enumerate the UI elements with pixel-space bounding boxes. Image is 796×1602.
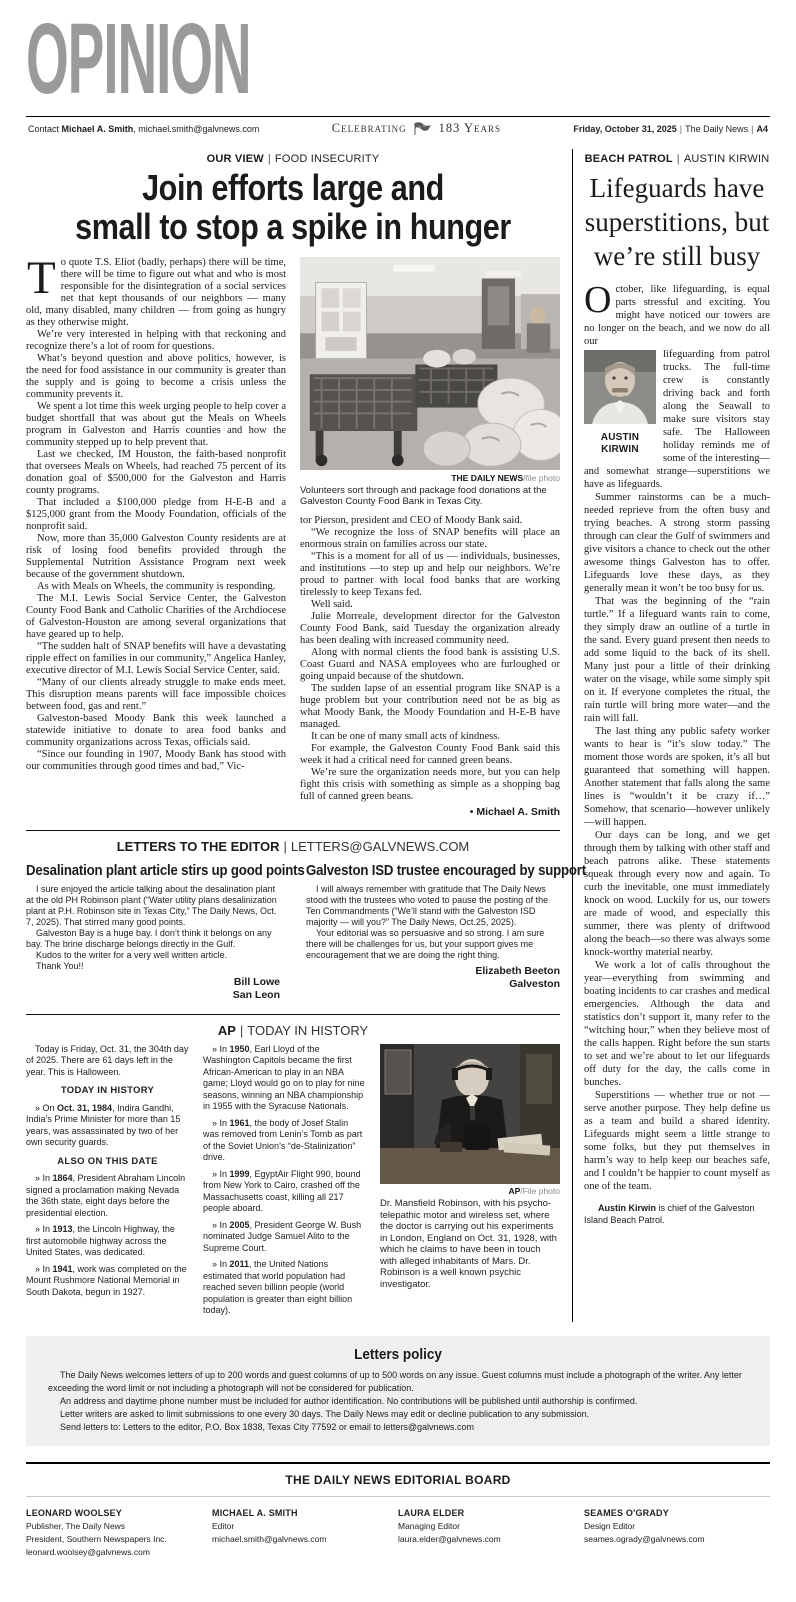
paragraph: That was the beginning of the “rain turt… [584,595,770,725]
item-year: 1913 [53,1224,73,1234]
credit-type: /file photo [523,473,560,483]
paragraph: I will always remember with gratitude th… [306,884,560,928]
history-item: » In 2011, the United Nations estimated … [203,1259,366,1317]
letter-signature: Bill LoweSan Leon [26,976,280,1002]
member-name: LAURA ELDER [398,1507,584,1520]
letters-heading: LETTERS TO THE EDITOR|LETTERS@GALVNEWS.C… [26,839,560,854]
paragraph: Galveston Bay is a huge bay. I don’t thi… [26,928,280,950]
policy-line: Send letters to: Letters to the editor, … [48,1421,748,1434]
paragraph: Kudos to the writer for a very well writ… [26,950,280,961]
page-title: OPINION [26,18,435,106]
member-role: Editor [212,1520,398,1533]
member-email: michael.smith@galvnews.com [212,1533,398,1546]
signer-name: Elizabeth Beeton [475,965,560,977]
member-email: seames.ogrady@galvnews.com [584,1533,770,1546]
item-pre: » In [212,1169,230,1179]
paragraph: We work a lot of calls throughout the ye… [584,959,770,1089]
contact-name: Michael A. Smith [62,124,134,134]
article-column-2: THE DAILY NEWS/file photo Volunteers sor… [300,257,560,818]
our-view-kicker: OUR VIEW|FOOD INSECURITY [26,153,560,165]
member-email: laura.elder@galvnews.com [398,1533,584,1546]
item-year: 1950 [230,1044,250,1054]
member-role: Design Editor [584,1520,770,1533]
article-byline: • Michael A. Smith [300,806,560,818]
our-view-article: OUR VIEW|FOOD INSECURITY Join efforts la… [26,153,560,818]
masthead-bar: Contact Michael A. Smith, michael.smith@… [26,116,770,141]
credit-source: THE DAILY NEWS [451,473,523,483]
divider: | [236,1023,247,1038]
item-year: 2005 [230,1220,250,1230]
foodbank-figure: THE DAILY NEWS/file photo Volunteers sor… [300,257,560,508]
editorial-board: THE DAILY NEWS EDITORIAL BOARD LEONARD W… [26,1462,770,1585]
history-subhead: TODAY IN HISTORY [26,1085,189,1097]
item-year: 1999 [230,1169,250,1179]
letters-section: LETTERS TO THE EDITOR|LETTERS@GALVNEWS.C… [26,839,560,1002]
paragraph: “Many of our clients already struggle to… [26,677,286,713]
member-role: Managing Editor [398,1520,584,1533]
paragraph: “Since our founding in 1907, Moody Bank … [26,749,286,773]
history-item: » On Oct. 31, 1984, Indira Gandhi, India… [26,1103,189,1149]
paragraph: “We recognize the loss of SNAP benefits … [300,527,560,551]
main-column: OUR VIEW|FOOD INSECURITY Join efforts la… [26,149,572,1322]
issue-date: Friday, October 31, 2025 [573,124,676,134]
letters-policy-box: Letters policy The Daily News welcomes l… [26,1336,770,1446]
paragraph: Galveston-based Moody Bank this week lau… [26,713,286,749]
opinion-page: OPINION Contact Michael A. Smith, michae… [0,0,796,1585]
tagline-name: Austin Kirwin [598,1203,656,1213]
paragraph: Your editorial was so persuasive and so … [306,928,560,961]
history-item: » In 1999, EgyptAir Flight 990, bound fr… [203,1169,366,1215]
member-name: SEAMES O'GRADY [584,1507,770,1520]
paragraph: For example, the Galveston County Food B… [300,743,560,767]
paragraph: Last we checked, IM Houston, the faith-b… [26,449,286,497]
board-member-smith: MICHAEL A. SMITH Editor michael.smith@ga… [212,1507,398,1559]
paragraph: tor Pierson, president and CEO of Moody … [300,515,560,527]
item-pre: » In [35,1224,53,1234]
paragraph: To quote T.S. Eliot (badly, perhaps) the… [26,257,286,329]
paragraph: “This is a moment for all of us — indivi… [300,551,560,599]
divider: | [264,153,275,165]
austin-kirwin-photo [584,350,656,424]
paragraph: Along with normal clients the food bank … [300,647,560,683]
item-year: 1961 [230,1118,250,1128]
signer-name: Bill Lowe [234,976,280,988]
signer-place: San Leon [233,989,280,1001]
signer-place: Galveston [509,978,560,990]
item-year: 1941 [53,1264,73,1274]
item-date: Oct. 31, 1984 [57,1103,112,1113]
letter-desalination: Desalination plant article stirs up good… [26,858,280,1002]
paragraph: “The sudden halt of SNAP benefits will h… [26,641,286,677]
paragraph-text: o quote T.S. Eliot (badly, perhaps) ther… [26,257,286,328]
policy-line: The Daily News welcomes letters of up to… [48,1369,748,1395]
member-name: LEONARD WOOLSEY [26,1507,212,1520]
board-member-ogrady: SEAMES O'GRADY Design Editor seames.ogra… [584,1507,770,1559]
policy-line: An address and daytime phone number must… [48,1395,748,1408]
member-role: President, Southern Newspapers Inc. [26,1533,212,1546]
paragraph: Our days can be long, and we get through… [584,829,770,959]
item-pre: » In [35,1173,53,1183]
paragraph: The M.I. Lewis Social Service Center, th… [26,593,286,641]
beach-patrol-column: BEACH PATROL|AUSTIN KIRWIN Lifeguards ha… [572,149,770,1322]
history-intro: Today is Friday, Oct. 31, the 304th day … [26,1044,189,1079]
paper-name: The Daily News [685,124,748,134]
history-column-2: » In 1950, Earl Lloyd of the Washington … [203,1044,366,1322]
history-column-1: Today is Friday, Oct. 31, the 304th day … [26,1044,189,1322]
paragraph: We’re sure the organization needs more, … [300,767,560,803]
section-divider [26,830,560,831]
item-year: 2011 [230,1259,250,1269]
letter-signature: Elizabeth BeetonGalveston [306,965,560,991]
contact-email: , michael.smith@galvnews.com [133,124,259,134]
drop-cap: O [584,283,615,315]
kicker-topic: FOOD INSECURITY [275,153,379,165]
history-item: » In 1913, the Lincoln Highway, the firs… [26,1224,189,1259]
ap-topic: TODAY IN HISTORY [247,1023,368,1038]
author-tagline: Austin Kirwin is chief of the Galveston … [584,1203,770,1226]
column-headline: Lifeguards have superstitions, but we’re… [584,171,770,273]
paragraph: Summer rainstorms can be a much-needed r… [584,491,770,595]
years-label: 183 Years [439,121,501,136]
item-pre: » On [35,1103,57,1113]
flag-icon [413,122,433,135]
celebrating-banner: Celebrating 183 Years [332,121,501,136]
item-pre: » In [35,1264,53,1274]
paragraph: The last thing any public safety worker … [584,725,770,829]
kicker-author: AUSTIN KIRWIN [684,153,770,165]
headline-line2: small to stop a spike in hunger [75,206,511,247]
masthead: OPINION Contact Michael A. Smith, michae… [26,0,770,141]
item-pre: » In [212,1118,230,1128]
dateline: Friday, October 31, 2025|The Daily News|… [573,124,768,134]
letter-title: Desalination plant article stirs up good… [26,862,250,879]
paragraph: As with Meals on Wheels, the community i… [26,581,286,593]
divider: | [677,124,685,134]
paragraph: Julie Morreale, development director for… [300,611,560,647]
author-figure: AUSTIN KIRWIN [584,350,656,456]
history-photo-column: AP/File photo Dr. Mansfield Robinson, wi… [380,1044,560,1322]
paragraph: That included a $100,000 pledge from H-E… [26,497,286,533]
item-pre: » In [212,1220,230,1230]
letters-heading-label: LETTERS TO THE EDITOR [117,839,280,854]
paragraph: What’s beyond question and above politic… [26,353,286,401]
history-item: » In 1864, President Abraham Lincoln sig… [26,1173,189,1219]
paragraph: It can be one of many small acts of kind… [300,731,560,743]
divider: | [673,153,684,165]
letters-email: LETTERS@GALVNEWS.COM [291,839,469,854]
photo-caption: Volunteers sort through and package food… [300,485,560,508]
member-email: leonard.woolsey@galvnews.com [26,1546,212,1559]
board-divider [26,1496,770,1497]
divider: | [280,839,291,854]
contact-line: Contact Michael A. Smith, michael.smith@… [28,124,259,134]
photo-caption: Dr. Mansfield Robinson, with his psycho-… [380,1198,560,1290]
item-pre: » In [212,1259,230,1269]
paragraph: October, like lifeguarding, is equal par… [584,283,770,348]
policy-line: Letter writers are asked to limit submis… [48,1408,748,1421]
paragraph: Superstitions — whether true or not — se… [584,1089,770,1193]
photo-credit: AP/File photo [380,1186,560,1198]
item-year: 1864 [53,1173,73,1183]
board-member-woolsey: LEONARD WOOLSEY Publisher, The Daily New… [26,1507,212,1559]
history-item: » In 1950, Earl Lloyd of the Washington … [203,1044,366,1113]
today-in-history-section: AP|TODAY IN HISTORY Today is Friday, Oct… [26,1023,560,1322]
ap-heading: AP|TODAY IN HISTORY [26,1023,560,1038]
member-role: Publisher, The Daily News [26,1520,212,1533]
contact-label: Contact [28,124,62,134]
letter-title: Galveston ISD trustee encouraged by supp… [306,862,530,879]
member-name: MICHAEL A. SMITH [212,1507,398,1520]
history-item: » In 1961, the body of Josef Stalin was … [203,1118,366,1164]
history-item: » In 2005, President George W. Bush nomi… [203,1220,366,1255]
foodbank-photo [300,257,560,470]
paragraph: Well said. [300,599,560,611]
history-subhead: ALSO ON THIS DATE [26,1156,189,1168]
paragraph: I sure enjoyed the article talking about… [26,884,280,928]
paragraph: We spent a lot time this week urging peo… [26,401,286,449]
letter-gisd: Galveston ISD trustee encouraged by supp… [306,858,560,1002]
page-number: A4 [756,124,768,134]
kicker-label: BEACH PATROL [585,153,673,165]
drop-cap: T [26,257,61,296]
beach-patrol-kicker: BEACH PATROL|AUSTIN KIRWIN [584,153,770,165]
credit-type: /File photo [520,1186,560,1196]
article-column-1: To quote T.S. Eliot (badly, perhaps) the… [26,257,286,818]
paragraph: Thank You!! [26,961,280,972]
policy-title: Letters policy [83,1346,713,1363]
section-divider [26,1014,560,1015]
board-member-elder: LAURA ELDER Managing Editor laura.elder@… [398,1507,584,1559]
headline-line1: Join efforts large and [142,167,444,208]
board-heading: THE DAILY NEWS EDITORIAL BOARD [26,1473,770,1487]
kicker-label: OUR VIEW [207,153,264,165]
paragraph: Now, more than 35,000 Galveston County r… [26,533,286,581]
history-item: » In 1941, work was completed on the Mou… [26,1264,189,1299]
paragraph: We’re very interested in helping with th… [26,329,286,353]
photo-credit: THE DAILY NEWS/file photo [300,472,560,484]
article-headline: Join efforts large andsmall to stop a sp… [66,169,520,247]
celebrating-label: Celebrating [332,121,407,136]
credit-source: AP [508,1186,520,1196]
author-name: AUSTIN KIRWIN [584,432,656,456]
item-pre: » In [212,1044,230,1054]
mansfield-robinson-photo [380,1044,560,1184]
ap-label: AP [218,1023,236,1038]
paragraph: The sudden lapse of an essential program… [300,683,560,731]
